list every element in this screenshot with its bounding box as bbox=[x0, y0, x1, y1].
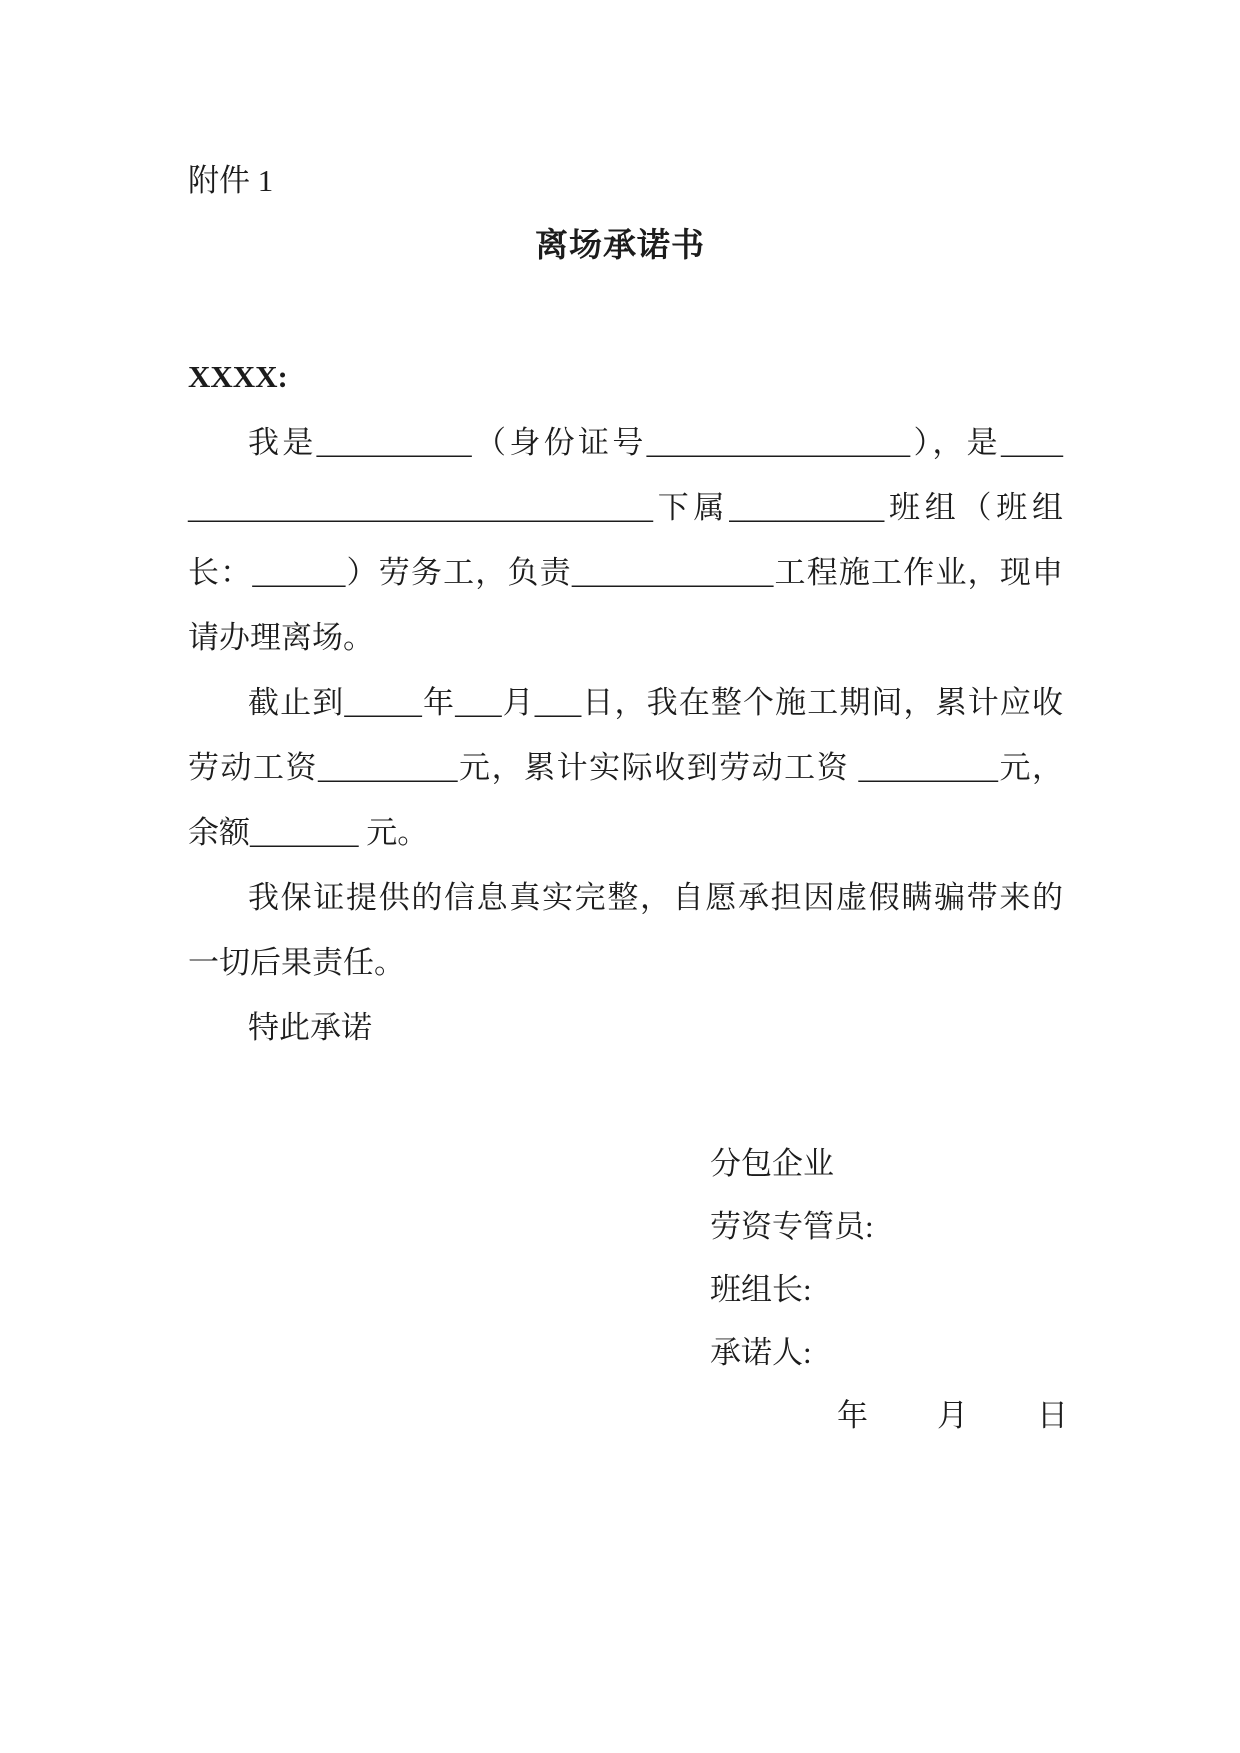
document-title: 离场承诺书 bbox=[0, 227, 1240, 265]
body-line-10: 特此承诺 bbox=[188, 995, 1063, 1060]
date-line: 年 月 日 bbox=[710, 1384, 1130, 1447]
body-line-4: 请办理离场。 bbox=[188, 605, 1063, 670]
body-line-3: 长：______）劳务工，负责_____________工程施工作业，现申 bbox=[188, 540, 1063, 605]
day-label: 日 bbox=[1037, 1384, 1068, 1447]
body-line-2: ______________________________下属________… bbox=[188, 475, 1063, 540]
body-line-8: 我保证提供的信息真实完整，自愿承担因虚假瞒骗带来的 bbox=[188, 865, 1063, 930]
promisor-label: 承诺人: bbox=[710, 1321, 1130, 1384]
attachment-label: 附件 1 bbox=[188, 162, 273, 200]
salutation: XXXX: bbox=[188, 358, 288, 396]
labor-supervisor-label: 劳资专管员: bbox=[710, 1195, 1130, 1258]
document-page: 附件 1 离场承诺书 XXXX: 我是__________（身份证号______… bbox=[0, 0, 1240, 1753]
body-line-6: 劳动工资_________元，累计实际收到劳动工资 _________元， bbox=[188, 735, 1063, 800]
body-line-9: 一切后果责任。 bbox=[188, 930, 1063, 995]
year-label: 年 bbox=[837, 1384, 868, 1447]
month-label: 月 bbox=[937, 1384, 968, 1447]
team-leader-label: 班组长: bbox=[710, 1258, 1130, 1321]
subcontractor-company-label: 分包企业 bbox=[710, 1132, 1130, 1195]
body-block: 我是__________（身份证号_________________），是___… bbox=[188, 410, 1063, 1060]
body-line-5: 截止到_____年___月___日，我在整个施工期间，累计应收 bbox=[188, 670, 1063, 735]
body-line-7: 余额_______ 元。 bbox=[188, 800, 1063, 865]
signature-block: 分包企业 劳资专管员: 班组长: 承诺人: 年 月 日 bbox=[710, 1132, 1130, 1447]
body-line-1: 我是__________（身份证号_________________），是___… bbox=[188, 410, 1063, 475]
